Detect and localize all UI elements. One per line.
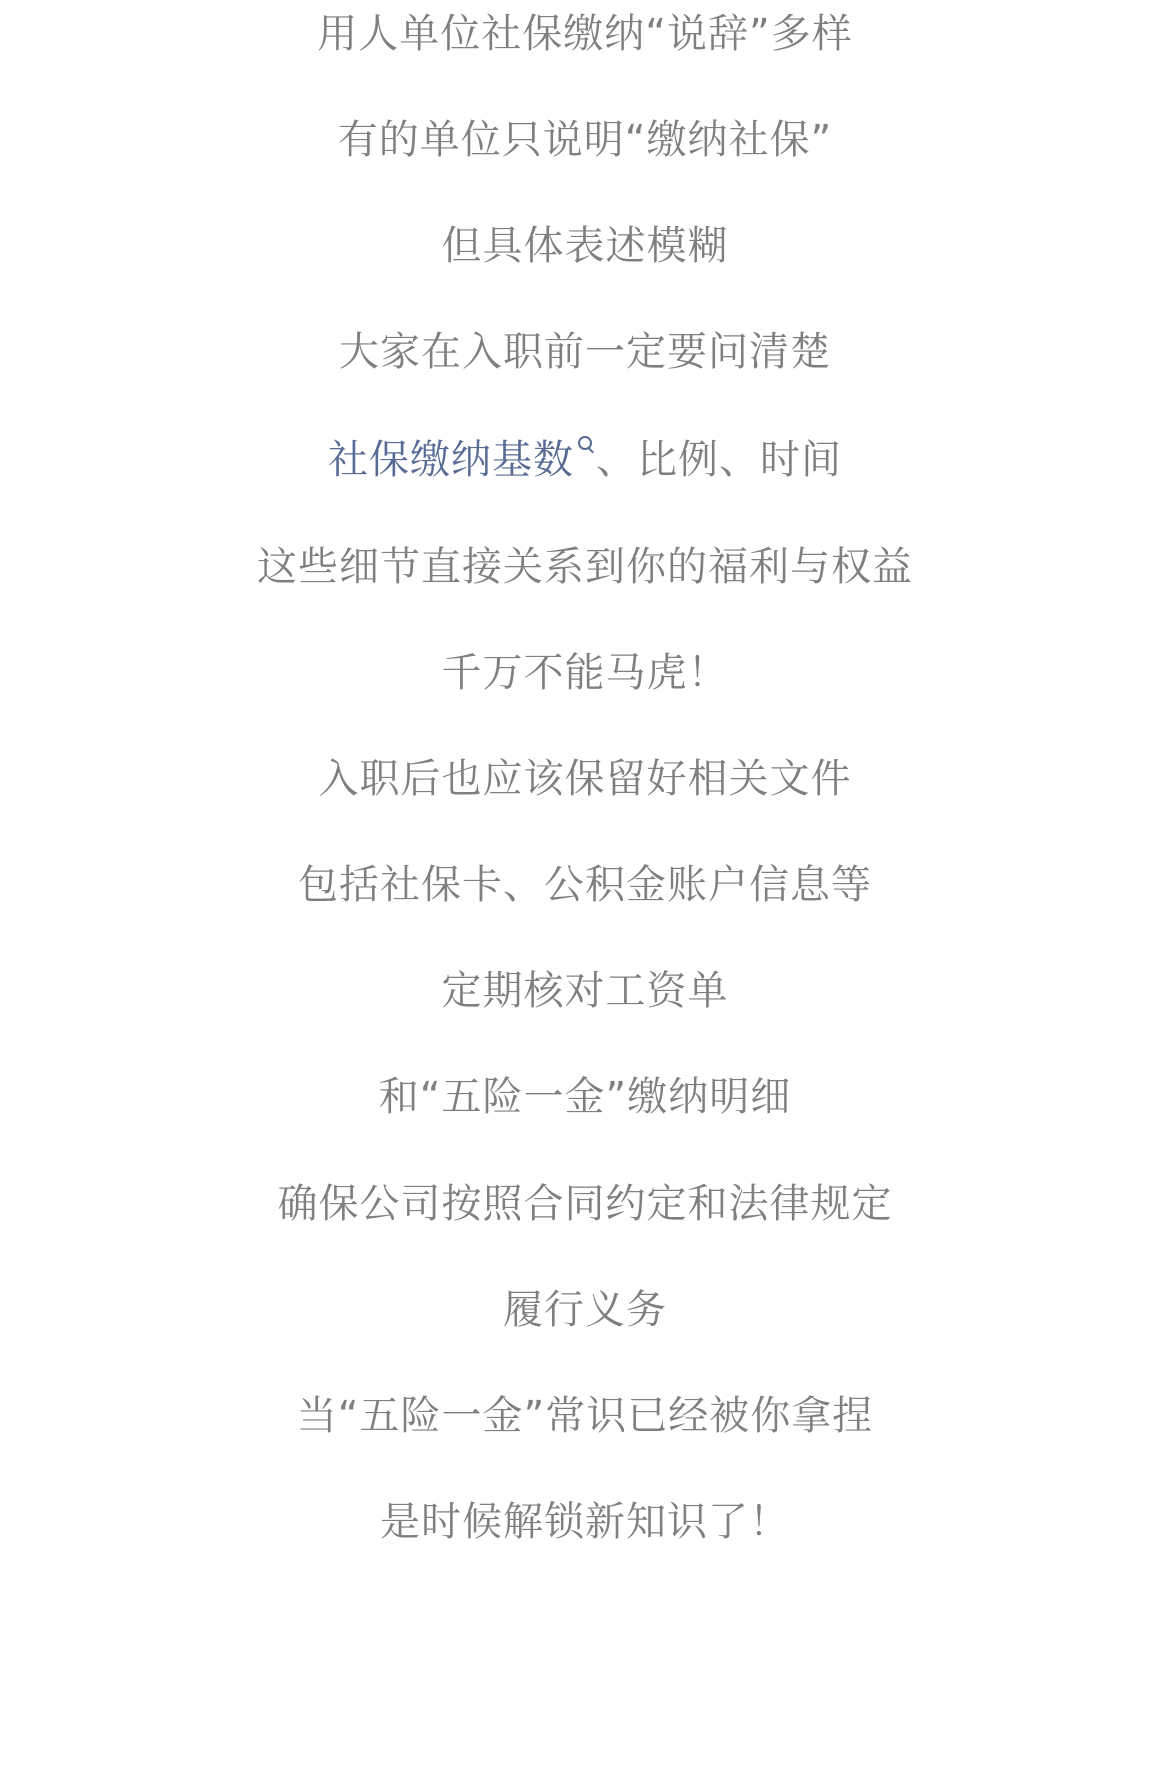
text-line-with-link: 社保缴纳基数、比例、时间 (0, 432, 1170, 488)
text-line: 确保公司按照合同约定和法律规定 (0, 1176, 1170, 1232)
text-line: 履行义务 (0, 1282, 1170, 1338)
text-line: 包括社保卡、公积金账户信息等 (0, 857, 1170, 913)
text-line: 和“五险一金”缴纳明细 (0, 1069, 1170, 1125)
text-line: 但具体表述模糊 (0, 218, 1170, 274)
search-icon[interactable] (578, 436, 594, 458)
text-line: 千万不能马虎！ (0, 645, 1170, 701)
text-line: 有的单位只说明“缴纳社保” (0, 112, 1170, 168)
text-line: 大家在入职前一定要问清楚 (0, 324, 1170, 380)
text-line: 是时候解锁新知识了！ (0, 1494, 1170, 1550)
text-line: 定期核对工资单 (0, 963, 1170, 1019)
text-line: 入职后也应该保留好相关文件 (0, 751, 1170, 807)
search-keyword-link[interactable]: 社保缴纳基数 (328, 437, 574, 483)
text-line-rest: 、比例、时间 (596, 437, 842, 483)
text-line: 这些细节直接关系到你的福利与权益 (0, 539, 1170, 595)
text-line: 当“五险一金”常识已经被你拿捏 (0, 1388, 1170, 1444)
text-line: 用人单位社保缴纳“说辞”多样 (0, 6, 1170, 62)
